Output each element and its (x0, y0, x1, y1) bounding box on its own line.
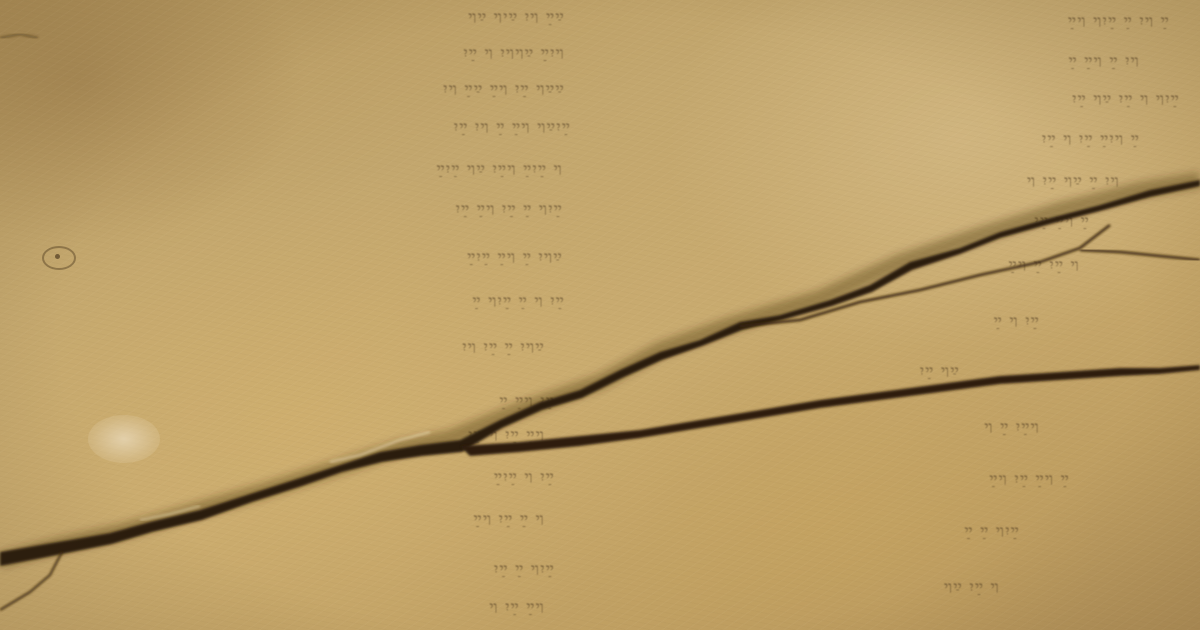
crack-overlay (0, 0, 1200, 630)
branch-crack-right (1080, 250, 1200, 260)
parchment-photo: ײַײַ ױיִ ײַיױ ײַױ ױיִײַ ײַױױיִ ױ ײַיִ ײַ… (0, 0, 1200, 630)
branch-crack-lower (460, 365, 1200, 456)
crack-shadow (0, 180, 1200, 560)
fold-line (0, 34, 38, 38)
